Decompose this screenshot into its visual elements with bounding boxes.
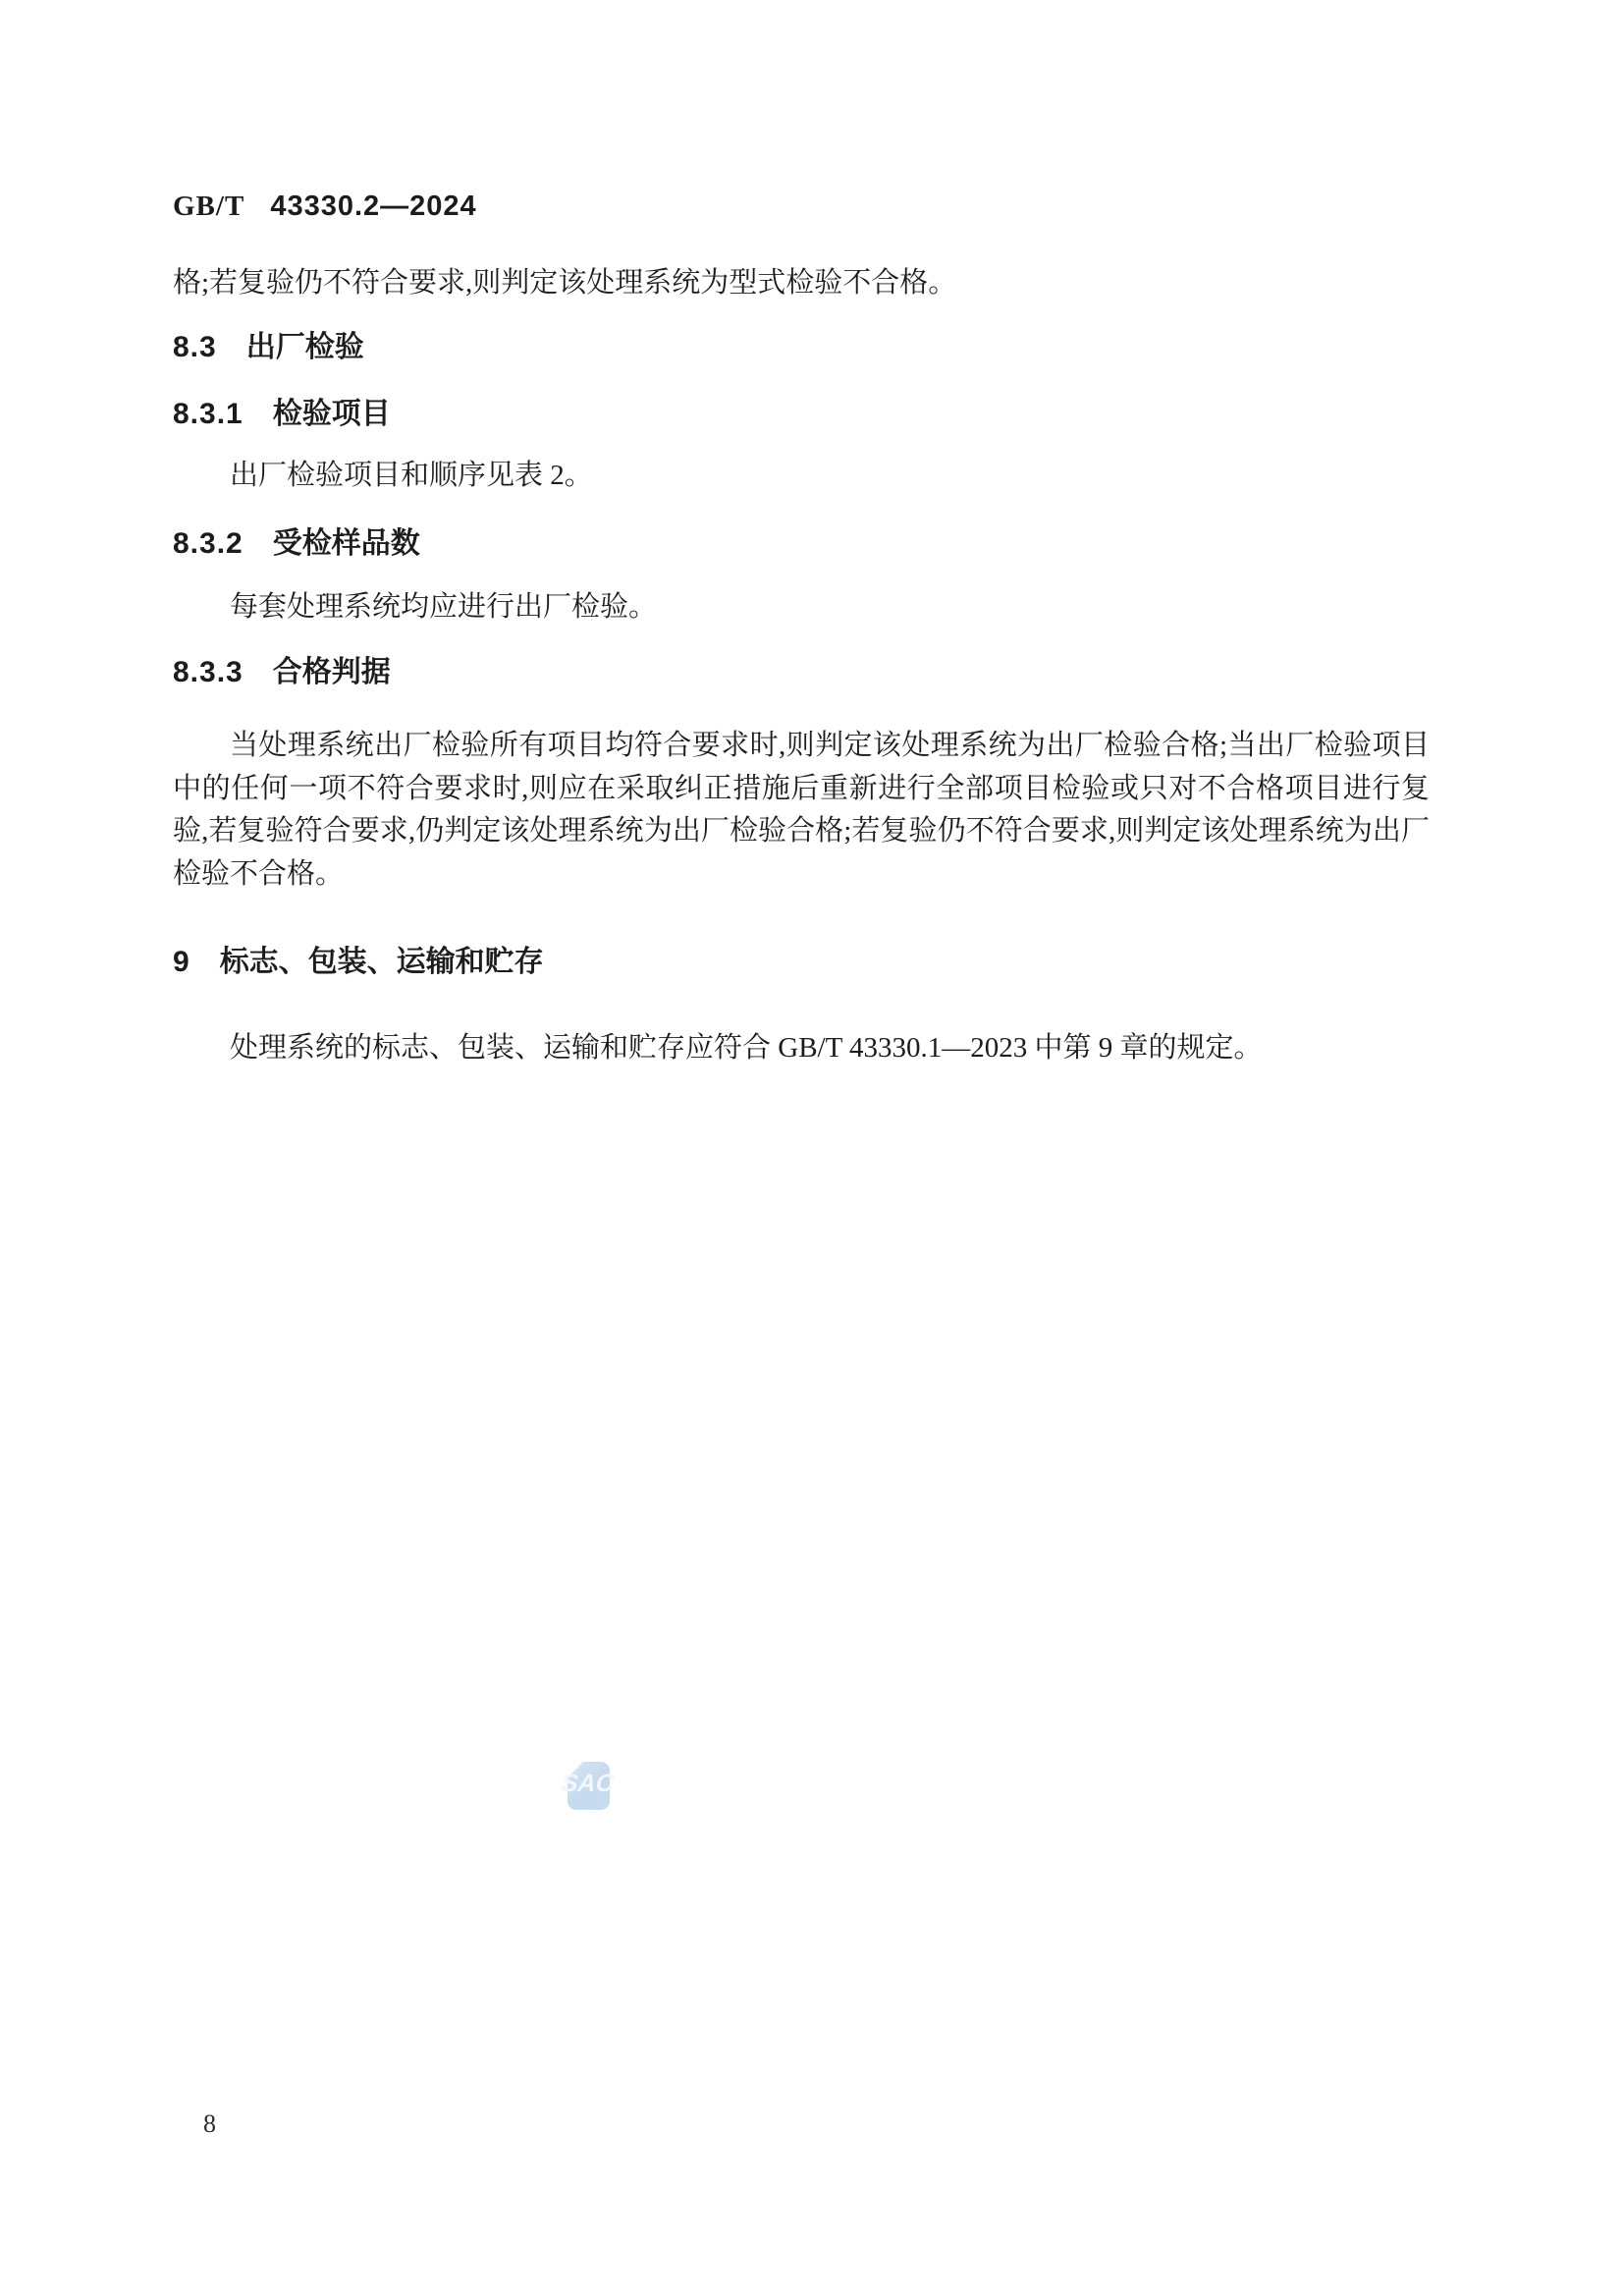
page-header: GB/T43330.2—2024 — [173, 192, 477, 221]
sac-watermark: SAC — [556, 1758, 621, 1815]
paragraph-8-3-1: 出厂检验项目和顺序见表 2。 — [173, 462, 593, 490]
standard-code: GB/T — [173, 191, 244, 222]
heading-9: 9标志、包装、运输和贮存 — [173, 948, 544, 977]
heading-number: 8.3 — [173, 333, 217, 362]
heading-number: 8.3.1 — [173, 400, 243, 429]
heading-title: 合格判据 — [273, 656, 391, 688]
paragraph-continuation: 格;若复验仍不符合要求,则判定该处理系统为型式检验不合格。 — [173, 269, 956, 298]
paragraph-8-3-3: 当处理系统出厂检验所有项目均符合要求时,则判定该处理系统为出厂检验合格;当出厂检… — [173, 725, 1430, 896]
heading-title: 标志、包装、运输和贮存 — [220, 946, 544, 978]
heading-8-3-2: 8.3.2受检样品数 — [173, 529, 420, 559]
heading-8-3-1: 8.3.1检验项目 — [173, 400, 391, 429]
paragraph-9: 处理系统的标志、包装、运输和贮存应符合 GB/T 43330.1—2023 中第… — [173, 1034, 1263, 1063]
page-number: 8 — [203, 2111, 216, 2137]
heading-number: 8.3.3 — [173, 658, 243, 687]
sac-logo-text: SAC — [561, 1772, 622, 1796]
heading-number: 9 — [173, 948, 190, 977]
heading-8-3-3: 8.3.3合格判据 — [173, 658, 391, 687]
heading-number: 8.3.2 — [173, 529, 243, 559]
standard-number: 43330.2—2024 — [270, 191, 476, 222]
paragraph-8-3-2: 每套处理系统均应进行出厂检验。 — [173, 593, 657, 622]
heading-title: 检验项目 — [273, 398, 391, 430]
document-page: GB/T43330.2—2024 格;若复验仍不符合要求,则判定该处理系统为型式… — [0, 0, 1623, 2296]
heading-8-3: 8.3出厂检验 — [173, 333, 364, 362]
heading-title: 出厂检验 — [246, 331, 364, 363]
heading-title: 受检样品数 — [273, 527, 420, 560]
